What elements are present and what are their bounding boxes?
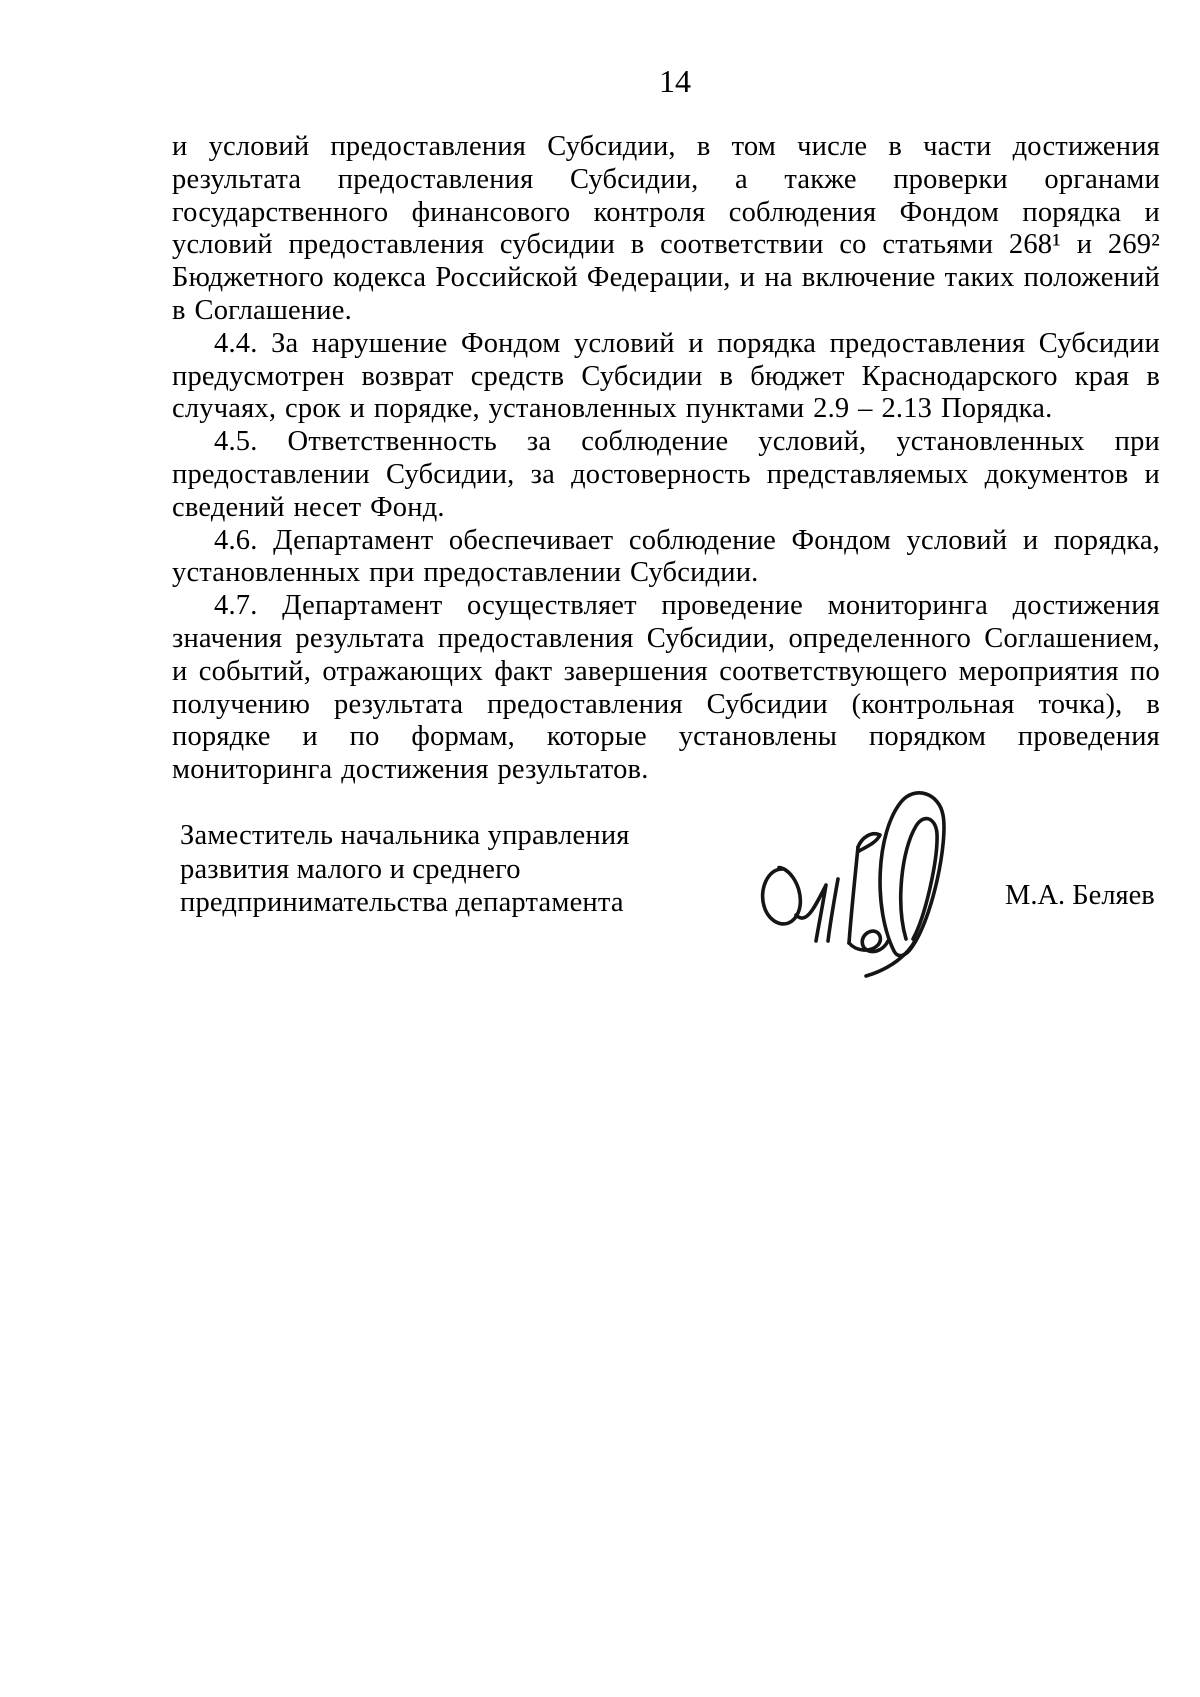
paragraph-4-7: 4.7. Департамент осуществляет проведение… — [172, 590, 1160, 787]
signature-block: Заместитель начальника управления развит… — [180, 819, 700, 920]
signer-name: М.А. Беляев — [1005, 880, 1155, 912]
paragraph-4-5: 4.5. Ответственность за соблюдение услов… — [172, 426, 1160, 524]
paragraph-4-6: 4.6. Департамент обеспечивает соблюдение… — [172, 525, 1160, 591]
document-page: 14 и условий предоставления Субсидии, в … — [0, 0, 1200, 1697]
signer-title-line: предпринимательства департамента — [180, 886, 700, 920]
signer-title-line: развития малого и среднего — [180, 853, 700, 887]
paragraph-continuation: и условий предоставления Субсидии, в том… — [172, 131, 1160, 328]
handwritten-signature-icon — [758, 788, 958, 980]
paragraph-4-4: 4.4. За нарушение Фондом условий и поряд… — [172, 328, 1160, 426]
signer-title-line: Заместитель начальника управления — [180, 819, 700, 853]
page-number: 14 — [659, 64, 691, 99]
document-body: и условий предоставления Субсидии, в том… — [172, 131, 1160, 787]
